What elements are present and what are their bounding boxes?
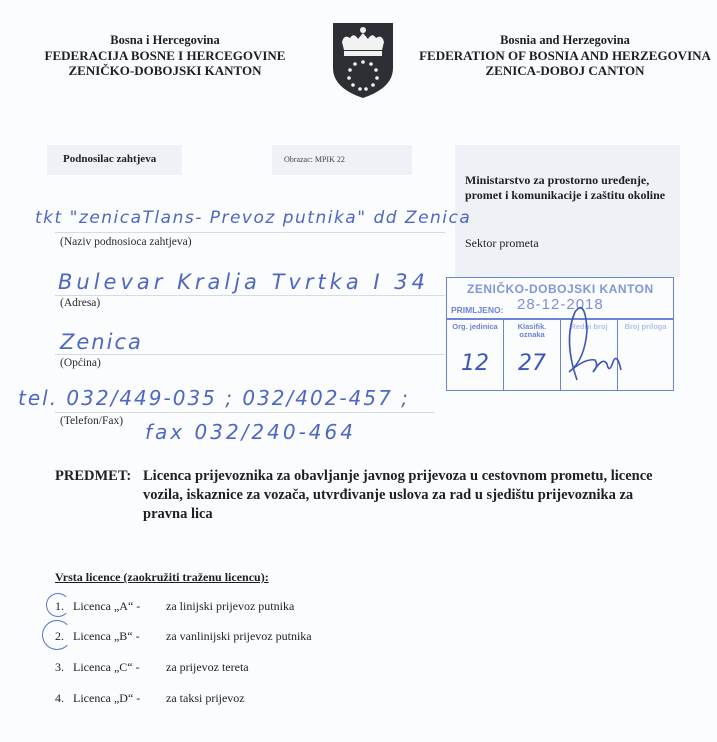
ministry-name: Ministarstvo za prostorno uređenje, prom… — [465, 173, 680, 203]
ministry-sector: Sektor prometa — [465, 236, 539, 251]
license-option-b[interactable]: 2. Licenca „B“ - za vanlinijski prijevoz… — [55, 629, 312, 644]
header-left: Bosna i Hercegovina FEDERACIJA BOSNE I H… — [40, 33, 290, 78]
recipient-box — [455, 145, 680, 277]
license-desc: za taksi prijevoz — [166, 691, 245, 705]
municipality-line — [55, 354, 445, 355]
license-num: 3. — [55, 660, 70, 675]
subject-text: Licenca prijevoznika za obavljanje javno… — [143, 467, 655, 524]
license-name: Licenca „C“ - — [73, 660, 163, 675]
address-line — [55, 295, 445, 296]
header-right-canton: ZENICA-DOBOJ CANTON — [410, 63, 717, 78]
license-num: 4. — [55, 691, 70, 706]
applicant-name-line — [55, 232, 445, 233]
license-option-c[interactable]: 3. Licenca „C“ - za prijevoz tereta — [55, 660, 249, 675]
stamp-col-header: Klasifik. oznaka — [504, 323, 560, 339]
header-right: Bosnia and Herzegovina FEDERATION OF BOS… — [410, 33, 717, 78]
license-option-d[interactable]: 4. Licenca „D“ - za taksi prijevoz — [55, 691, 245, 706]
license-desc: za prijevoz tereta — [166, 660, 249, 674]
license-desc: za vanlinijski prijevoz putnika — [166, 629, 312, 643]
applicant-name-label: (Naziv podnosioca zahtjeva) — [60, 236, 192, 248]
header-left-federation: FEDERACIJA BOSNE I HERCEGOVINE — [40, 48, 290, 63]
phone-value[interactable]: tel. 032/449-035 ; 032/402-457 ; — [18, 386, 410, 410]
stamp-col-org-unit: Org. jedinica 12 — [447, 319, 504, 390]
form-code: Obrazac: MPIK 22 — [284, 155, 345, 164]
applicant-name-value[interactable]: tkt "zenicaTlans- Prevoz putnika" dd Zen… — [35, 208, 471, 228]
license-name: Licenca „A“ - — [73, 599, 163, 614]
received-stamp: ZENIČKO-DOBOJSKI KANTON PRIMLJENO: 28-12… — [446, 277, 674, 391]
license-desc: za linijski prijevoz putnika — [166, 599, 294, 613]
address-value[interactable]: Bulevar Kralja Tvrtka I 34 — [58, 270, 429, 294]
header-left-country: Bosna i Hercegovina — [40, 33, 290, 48]
applicant-box: Podnosilac zahtjeva — [47, 145, 182, 175]
form-code-box: Obrazac: MPIK 22 — [272, 145, 412, 175]
header-right-federation: FEDERATION OF BOSNIA AND HERZEGOVINA — [410, 48, 717, 63]
canton-coat-of-arms-icon — [330, 20, 396, 100]
selection-circle-icon — [46, 593, 70, 617]
municipality-value[interactable]: Zenica — [60, 330, 143, 354]
subject: PREDMET: Licenca prijevoznika za obavlja… — [55, 467, 655, 524]
header-left-canton: ZENIČKO-DOBOJSKI KANTON — [40, 63, 290, 78]
stamp-col-header: Org. jedinica — [447, 323, 503, 331]
phone-label: (Telefon/Fax) — [60, 415, 123, 427]
stamp-received-label: PRIMLJENO: — [451, 305, 503, 315]
license-option-a[interactable]: 1. Licenca „A“ - za linijski prijevoz pu… — [55, 599, 294, 614]
license-type-heading: Vrsta licence (zaokružiti traženu licenc… — [55, 570, 269, 585]
address-label: (Adresa) — [60, 297, 100, 309]
selection-circle-icon — [42, 620, 72, 650]
phone-line — [55, 412, 435, 413]
license-name: Licenca „B“ - — [73, 629, 163, 644]
stamp-col-classification: Klasifik. oznaka 27 — [504, 319, 561, 390]
applicant-label: Podnosilac zahtjeva — [63, 153, 156, 165]
subject-key: PREDMET: — [55, 467, 131, 486]
stamp-col-value: 12 — [447, 351, 503, 376]
fax-value[interactable]: fax 032/240-464 — [145, 420, 356, 444]
header-right-country: Bosnia and Herzegovina — [410, 33, 717, 48]
municipality-label: (Općina) — [60, 357, 101, 369]
signature-icon — [555, 300, 635, 390]
stamp-col-value: 27 — [504, 351, 560, 376]
stamp-title: ZENIČKO-DOBOJSKI KANTON — [467, 282, 654, 296]
license-name: Licenca „D“ - — [73, 691, 163, 706]
